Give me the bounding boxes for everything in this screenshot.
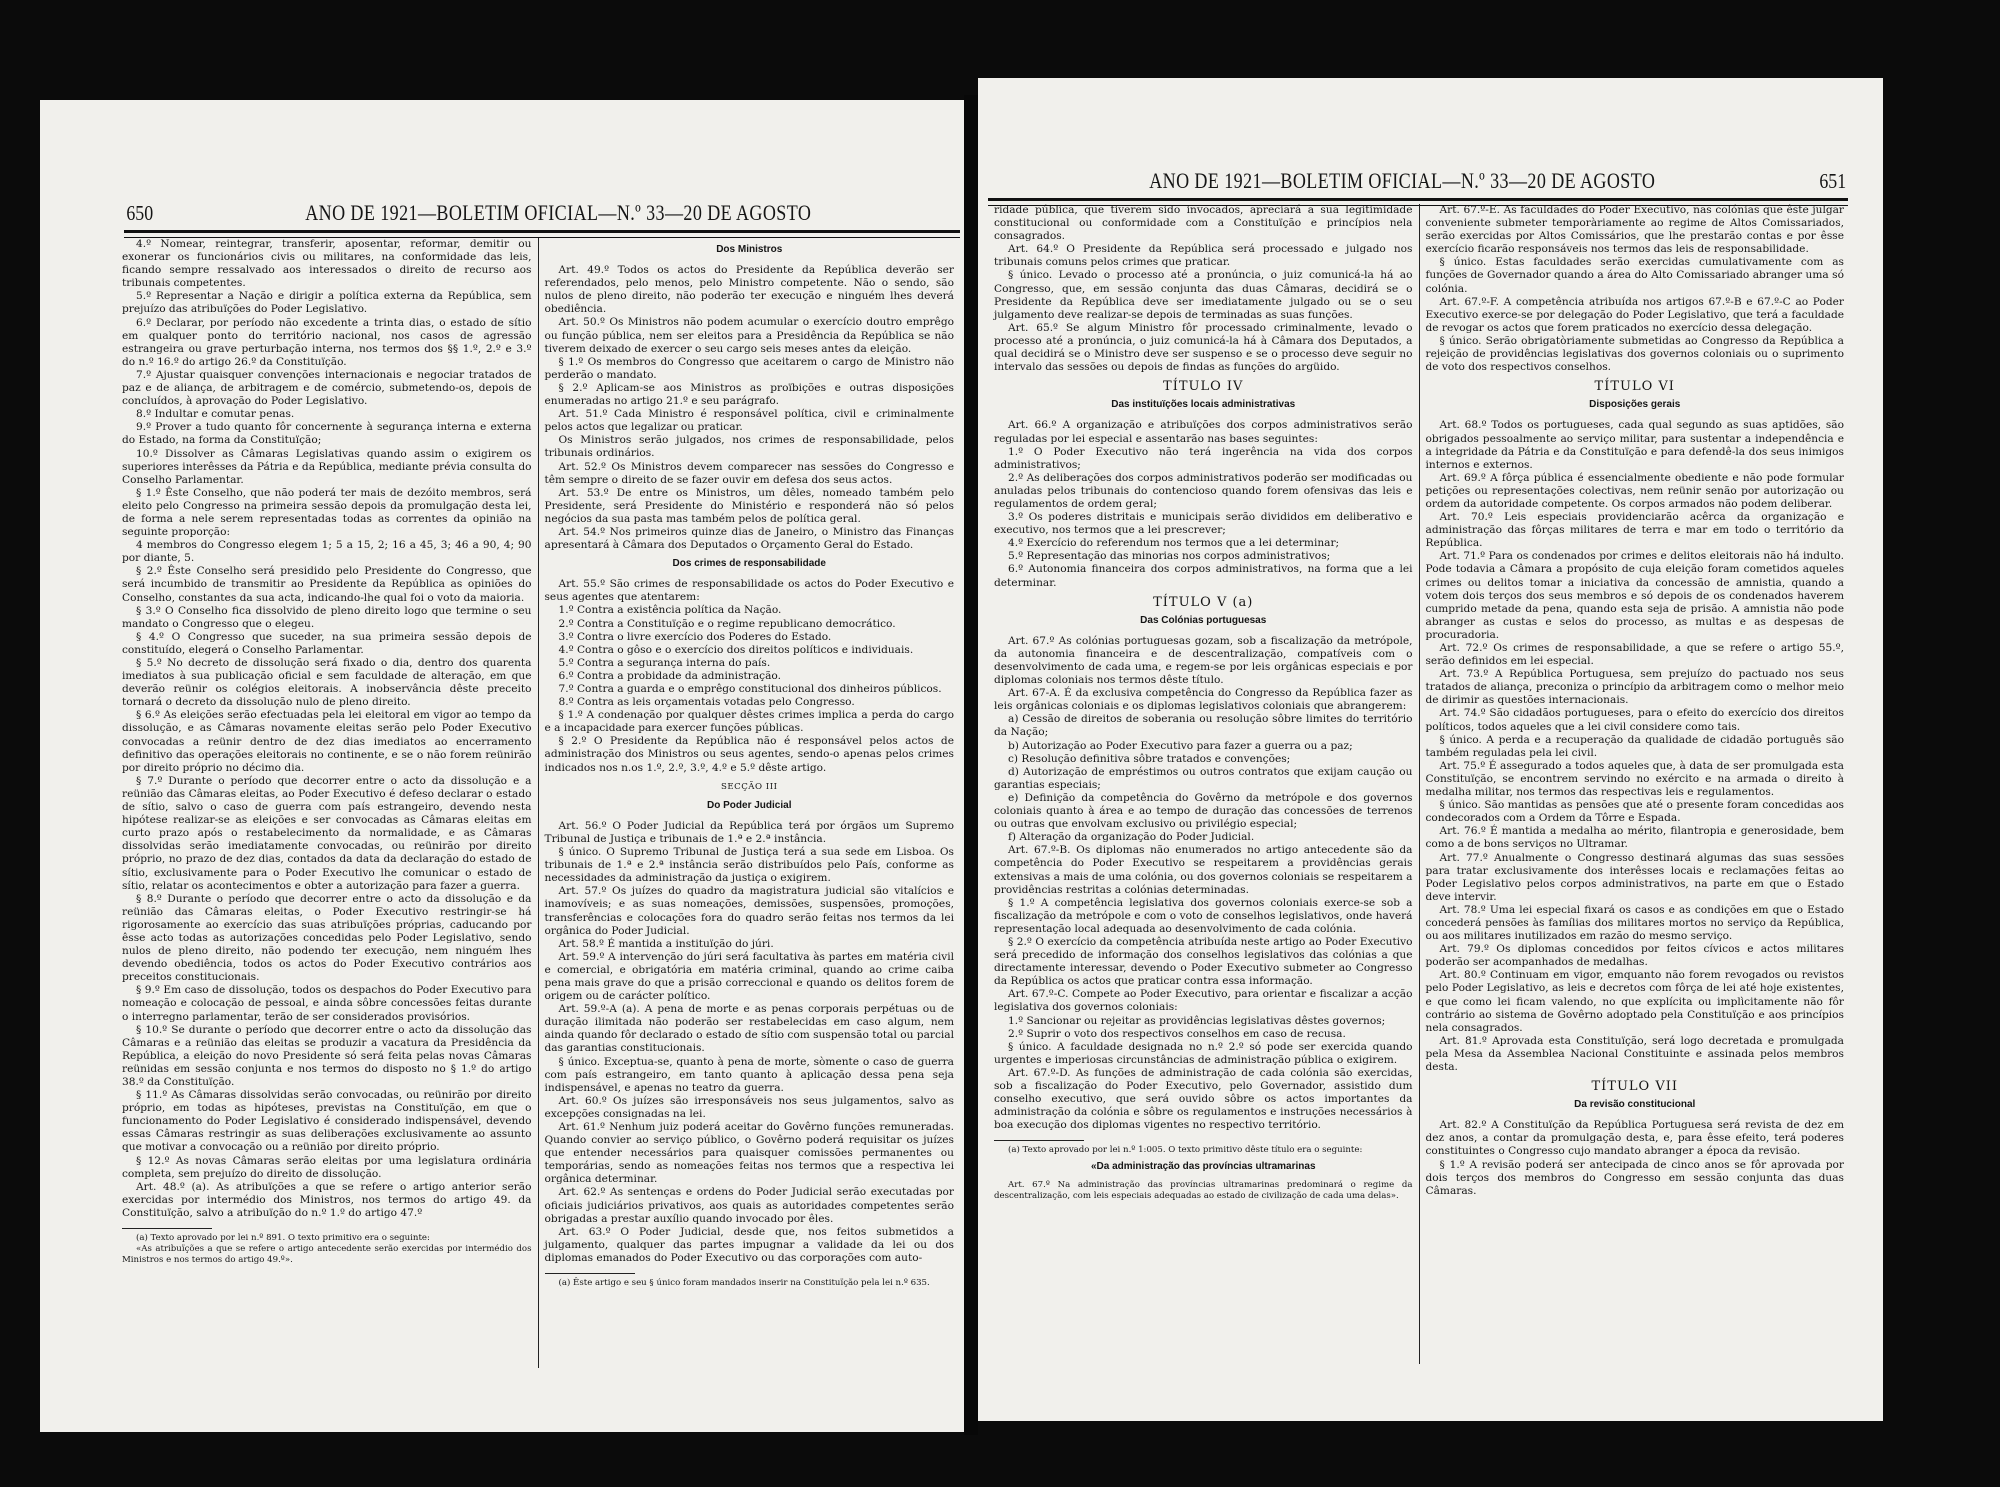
paragraph: Art. 61.º Nenhum juiz poderá aceitar do … bbox=[545, 1121, 955, 1186]
column-body: Dos MinistrosArt. 49.º Todos os actos do… bbox=[545, 243, 955, 1265]
paragraph: § único. Estas faculdades serão exercida… bbox=[1426, 256, 1845, 295]
footnote: (a) Texto aprovado por lei n.º 891. O te… bbox=[122, 1233, 532, 1244]
header-title: ANO DE 1921—BOLETIM OFICIAL—N.º 33—20 DE… bbox=[1063, 168, 1742, 194]
paragraph: Art. 56.º O Poder Judicial da República … bbox=[545, 820, 955, 846]
section-heading: «Da administração das províncias ultrama… bbox=[994, 1161, 1413, 1172]
paragraph: Art. 53.º De entre os Ministros, um dêle… bbox=[545, 487, 955, 526]
page-651: ANO DE 1921—BOLETIM OFICIAL—N.º 33—20 DE… bbox=[978, 78, 1883, 1421]
paragraph: Art. 67.º As colónias portuguesas gozam,… bbox=[994, 635, 1413, 687]
paragraph: Art. 78.º Uma lei especial fixará os cas… bbox=[1426, 904, 1845, 943]
paragraph: Art. 69.º A fôrça pública é essencialmen… bbox=[1426, 472, 1845, 511]
paragraph: Art. 62.º As sentenças e ordens do Poder… bbox=[545, 1186, 955, 1225]
paragraph: Art. 74.º São cidadãos portugueses, para… bbox=[1426, 707, 1845, 733]
column-body: Art. 67.º-E. As faculdades do Poder Exec… bbox=[1426, 204, 1845, 1198]
section-heading: Dos Ministros bbox=[545, 243, 955, 256]
paragraph: Art. 67.º Na administração das província… bbox=[994, 1180, 1413, 1202]
paragraph: 2.º Contra a Constituïção e o regime rep… bbox=[545, 618, 955, 631]
paragraph: Art. 66.º A organização e atribuïções do… bbox=[994, 419, 1413, 445]
paragraph: 6.º Contra a probidade da administração. bbox=[545, 670, 955, 683]
title-heading: TÍTULO IV bbox=[994, 380, 1413, 393]
paragraph: 8.º Contra as leis orçamentais votadas p… bbox=[545, 696, 955, 709]
footnote: «As atribuïções a que se refere o artigo… bbox=[122, 1244, 532, 1266]
paragraph: Art. 64.º O Presidente da República será… bbox=[994, 243, 1413, 269]
paragraph: § único. Levado o processo até a pronúnc… bbox=[994, 269, 1413, 321]
paragraph: e) Definição da competência do Govêrno d… bbox=[994, 792, 1413, 831]
paragraph: 4.º Exercício do referendum nos termos q… bbox=[994, 537, 1413, 550]
paragraph: 1.º Sancionar ou rejeitar as providência… bbox=[994, 1015, 1413, 1028]
section-heading: Das Colónias portuguesas bbox=[994, 614, 1413, 627]
page-columns: 4.º Nomear, reintegrar, transferir, apos… bbox=[116, 238, 960, 1368]
paragraph: a) Cessão de direitos de soberania ou re… bbox=[994, 713, 1413, 739]
column-body: ridade pública, que tiverem sido invocad… bbox=[994, 204, 1413, 1132]
paragraph: 5.º Contra a segurança interna do país. bbox=[545, 657, 955, 670]
footnotes: (a) Êste artigo e seu § único foram mand… bbox=[545, 1273, 955, 1289]
header-rule bbox=[124, 230, 960, 238]
paragraph: § 2.º O Presidente da República não é re… bbox=[545, 735, 955, 774]
paragraph: Art. 68.º Todos os portugueses, cada qua… bbox=[1426, 419, 1845, 471]
paragraph: Art. 54.º Nos primeiros quinze dias de J… bbox=[545, 526, 955, 552]
paragraph: b) Autorização ao Poder Executivo para f… bbox=[994, 740, 1413, 753]
paragraph: § 11.º As Câmaras dissolvidas serão conv… bbox=[122, 1089, 532, 1154]
running-header: 650 ANO DE 1921—BOLETIM OFICIAL—N.º 33—2… bbox=[124, 200, 960, 226]
paragraph: § 9.º Em caso de dissolução, todos os de… bbox=[122, 984, 532, 1023]
column-body: 4.º Nomear, reintegrar, transferir, apos… bbox=[122, 238, 532, 1220]
paragraph: 3.º Os poderes distritais e municipais s… bbox=[994, 511, 1413, 537]
footnotes: (a) Texto aprovado por lei n.º 891. O te… bbox=[122, 1228, 532, 1266]
paragraph: 2.º As deliberações dos corpos administr… bbox=[994, 472, 1413, 511]
title-heading: TÍTULO V (a) bbox=[994, 596, 1413, 609]
paragraph: 5.º Representação das minorias nos corpo… bbox=[994, 550, 1413, 563]
paragraph: 3.º Contra o livre exercício dos Poderes… bbox=[545, 631, 955, 644]
paragraph: § 1.º Êste Conselho, que não poderá ter … bbox=[122, 487, 532, 539]
paragraph: 7.º Contra a guarda e o emprêgo constitu… bbox=[545, 683, 955, 696]
page-number: 651 bbox=[1819, 169, 1846, 194]
column-1: 4.º Nomear, reintegrar, transferir, apos… bbox=[116, 238, 538, 1368]
section-heading: Das instituïções locais administrativas bbox=[994, 398, 1413, 411]
paragraph: 10.º Dissolver as Câmaras Legislativas q… bbox=[122, 448, 532, 487]
paragraph: Art. 51.º Cada Ministro é responsável po… bbox=[545, 408, 955, 434]
paragraph: 4.º Nomear, reintegrar, transferir, apos… bbox=[122, 238, 532, 290]
subsection-label: SECÇÃO III bbox=[545, 781, 955, 794]
paragraph: Art. 73.º A República Portuguesa, sem pr… bbox=[1426, 668, 1845, 707]
paragraph: Art. 80.º Continuam em vigor, emquanto n… bbox=[1426, 969, 1845, 1034]
paragraph: § 1.º Os membros do Congresso que aceita… bbox=[545, 356, 955, 382]
paragraph: 5.º Representar a Nação e dirigir a polí… bbox=[122, 290, 532, 316]
paragraph: f) Alteração da organização do Poder Jud… bbox=[994, 831, 1413, 844]
paragraph: Art. 67.º-D. As funções de administração… bbox=[994, 1067, 1413, 1132]
paragraph: (a) Texto aprovado por lei n.º 1:005. O … bbox=[994, 1145, 1413, 1156]
header-title: ANO DE 1921—BOLETIM OFICIAL—N.º 33—20 DE… bbox=[228, 200, 888, 226]
paragraph: § 6.º As eleições serão efectuadas pela … bbox=[122, 709, 532, 774]
paragraph: Art. 76.º É mantida a medalha ao mérito,… bbox=[1426, 825, 1845, 851]
paragraph: Art. 67.º-E. As faculdades do Poder Exec… bbox=[1426, 204, 1845, 256]
paragraph: Art. 59.º-A (a). A pena de morte e as pe… bbox=[545, 1003, 955, 1055]
paragraph: § 5.º No decreto de dissolução será fixa… bbox=[122, 657, 532, 709]
paragraph: Art. 65.º Se algum Ministro fôr processa… bbox=[994, 322, 1413, 374]
paragraph: Art. 67.º-B. Os diplomas não enumerados … bbox=[994, 844, 1413, 896]
column-2: Dos MinistrosArt. 49.º Todos os actos do… bbox=[538, 238, 961, 1368]
paragraph: 9.º Prover a tudo quanto fôr concernente… bbox=[122, 421, 532, 447]
paragraph: Art. 50.º Os Ministros não podem acumula… bbox=[545, 316, 955, 355]
paragraph: 6.º Declarar, por período não excedente … bbox=[122, 317, 532, 369]
paragraph: 2.º Suprir o voto dos respectivos consel… bbox=[994, 1028, 1413, 1041]
paragraph: § único. Exceptua-se, quanto à pena de m… bbox=[545, 1056, 955, 1095]
paragraph: § 1.º A condenação por qualquer dêstes c… bbox=[545, 709, 955, 735]
paragraph: § 2.º Êste Conselho será presidido pelo … bbox=[122, 565, 532, 604]
section-heading: Disposições gerais bbox=[1426, 398, 1845, 411]
page-columns: ridade pública, que tiverem sido invocad… bbox=[988, 204, 1850, 1364]
section-heading: Da revisão constitucional bbox=[1426, 1098, 1845, 1111]
paragraph: Art. 70.º Leis especiais providenciarão … bbox=[1426, 511, 1845, 550]
paragraph: Art. 55.º São crimes de responsabilidade… bbox=[545, 578, 955, 604]
paragraph: § 1.º A revisão poderá ser antecipada de… bbox=[1426, 1159, 1845, 1198]
paragraph: 7.º Ajustar quaisquer convenções interna… bbox=[122, 369, 532, 408]
paragraph: Art. 59.º A intervenção do júri será fac… bbox=[545, 951, 955, 1003]
paragraph: § único. São mantidas as pensões que até… bbox=[1426, 799, 1845, 825]
paragraph: § único. O Supremo Tribunal de Justiça t… bbox=[545, 846, 955, 885]
paragraph-continued: ridade pública, que tiverem sido invocad… bbox=[994, 204, 1413, 243]
paragraph: § 8.º Durante o período que decorrer ent… bbox=[122, 893, 532, 985]
paragraph: Art. 57.º Os juízes do quadro da magistr… bbox=[545, 885, 955, 937]
footnotes: (a) Texto aprovado por lei n.º 1:005. O … bbox=[994, 1140, 1413, 1202]
paragraph: Art. 67-A. É da exclusiva competência do… bbox=[994, 687, 1413, 713]
paragraph: 8.º Indultar e comutar penas. bbox=[122, 408, 532, 421]
paragraph: Art. 63.º O Poder Judicial, desde que, n… bbox=[545, 1226, 955, 1265]
paragraph: Art. 48.º (a). As atribuïções a que se r… bbox=[122, 1181, 532, 1220]
paragraph: Art. 72.º Os crimes de responsabilidade,… bbox=[1426, 642, 1845, 668]
paragraph: § 2.º Aplicam-se aos Ministros as proïbi… bbox=[545, 382, 955, 408]
paragraph: § único. A faculdade designada no n.º 2.… bbox=[994, 1041, 1413, 1067]
column-1: ridade pública, que tiverem sido invocad… bbox=[988, 204, 1419, 1364]
paragraph: Art. 75.º É assegurado a todos aqueles q… bbox=[1426, 760, 1845, 799]
paragraph: Art. 67.º-C. Compete ao Poder Executivo,… bbox=[994, 988, 1413, 1014]
paragraph: 1.º O Poder Executivo não terá ingerênci… bbox=[994, 446, 1413, 472]
paragraph: Art. 67.º-F. A competência atribuída nos… bbox=[1426, 296, 1845, 335]
section-heading: Do Poder Judicial bbox=[545, 799, 955, 812]
paragraph: Art. 79.º Os diplomas concedidos por fei… bbox=[1426, 943, 1845, 969]
paragraph: 1.º Contra a existência política da Naçã… bbox=[545, 604, 955, 617]
page-650: 650 ANO DE 1921—BOLETIM OFICIAL—N.º 33—2… bbox=[40, 100, 964, 1432]
paragraph: § 3.º O Conselho fica dissolvido de plen… bbox=[122, 605, 532, 631]
paragraph: § único. A perda e a recuperação da qual… bbox=[1426, 734, 1845, 760]
section-heading: Dos crimes de responsabilidade bbox=[545, 557, 955, 570]
paragraph: Art. 71.º Para os condenados por crimes … bbox=[1426, 550, 1845, 642]
paragraph: Art. 60.º Os juízes são irresponsáveis n… bbox=[545, 1095, 955, 1121]
paragraph: Art. 49.º Todos os actos do Presidente d… bbox=[545, 264, 955, 316]
column-2: Art. 67.º-E. As faculdades do Poder Exec… bbox=[1419, 204, 1851, 1364]
title-heading: TÍTULO VII bbox=[1426, 1080, 1845, 1093]
paragraph: § 12.º As novas Câmaras serão eleitas po… bbox=[122, 1155, 532, 1181]
paragraph: Os Ministros serão julgados, nos crimes … bbox=[545, 434, 955, 460]
page-number: 650 bbox=[126, 201, 153, 226]
paragraph: c) Resolução definitiva sôbre tratados e… bbox=[994, 753, 1413, 766]
paragraph: Art. 77.º Anualmente o Congresso destina… bbox=[1426, 852, 1845, 904]
paragraph: Art. 52.º Os Ministros devem comparecer … bbox=[545, 461, 955, 487]
footnote: (a) Êste artigo e seu § único foram mand… bbox=[545, 1278, 955, 1289]
paragraph: § 7.º Durante o período que decorrer ent… bbox=[122, 775, 532, 893]
title-heading: TÍTULO VI bbox=[1426, 380, 1845, 393]
paragraph: 6.º Autonomia financeira dos corpos admi… bbox=[994, 563, 1413, 589]
paragraph: Art. 58.º É mantida a instituïção do júr… bbox=[545, 938, 955, 951]
paragraph: Art. 81.º Aprovada esta Constituïção, se… bbox=[1426, 1035, 1845, 1074]
paragraph: § 4.º O Congresso que suceder, na sua pr… bbox=[122, 631, 532, 657]
paragraph: § 1.º A competência legislativa dos gove… bbox=[994, 897, 1413, 936]
paragraph: § 2.º O exercício da competência atribuí… bbox=[994, 936, 1413, 988]
paragraph: § único. Serão obrigatòriamente submetid… bbox=[1426, 335, 1845, 374]
running-header: ANO DE 1921—BOLETIM OFICIAL—N.º 33—20 DE… bbox=[988, 168, 1848, 194]
paragraph: § 10.º Se durante o período que decorrer… bbox=[122, 1024, 532, 1089]
paragraph: d) Autorização de empréstimos ou outros … bbox=[994, 766, 1413, 792]
book-spine bbox=[964, 95, 978, 1435]
paragraph: 4.º Contra o gôso e o exercício dos dire… bbox=[545, 644, 955, 657]
paragraph: Art. 82.º A Constituïção da República Po… bbox=[1426, 1119, 1845, 1158]
paragraph: 4 membros do Congresso elegem 1; 5 a 15,… bbox=[122, 539, 532, 565]
